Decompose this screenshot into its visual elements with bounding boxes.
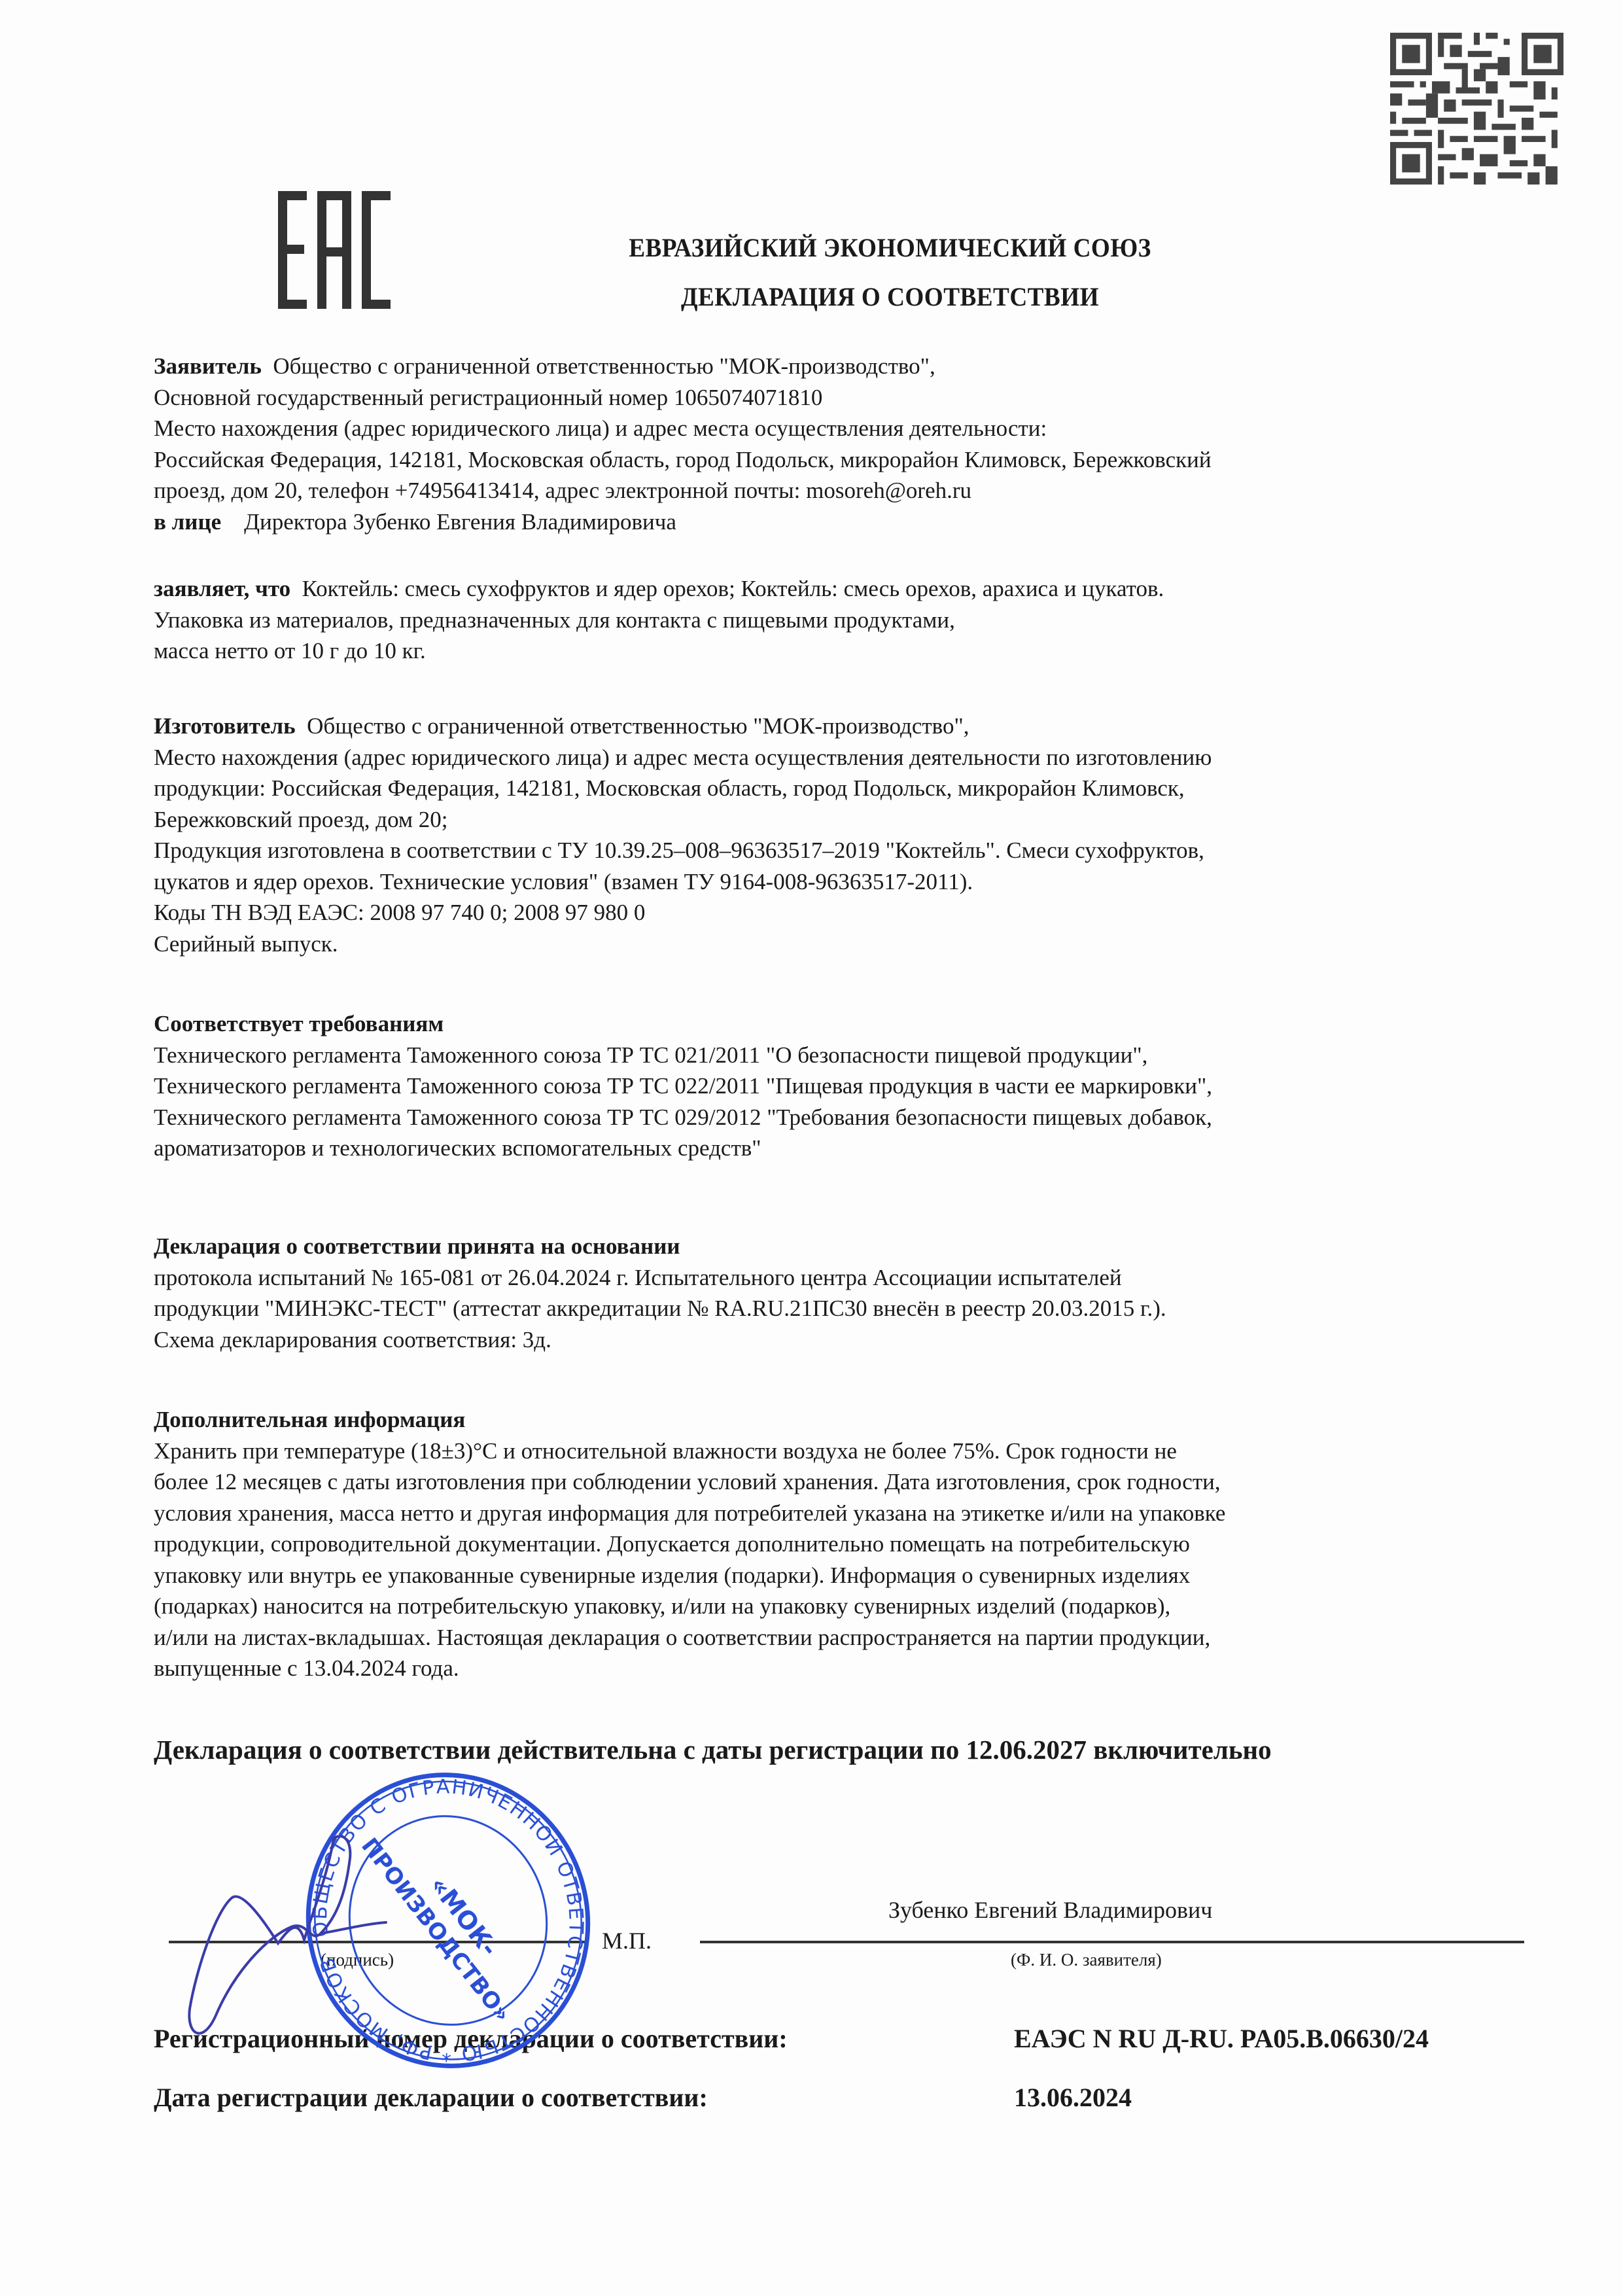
additional-label: Дополнительная информация (154, 1404, 1586, 1436)
regulation-line: Технического регламента Таможенного союз… (154, 1102, 1586, 1133)
additional-section: Дополнительная информация Хранить при те… (154, 1404, 1586, 1684)
applicant-address-1: Российская Федерация, 142181, Московская… (154, 444, 1586, 476)
representative-label: в лице (154, 509, 221, 535)
handwritten-signature (170, 1819, 445, 2055)
basis-section: Декларация о соответствии принята на осн… (154, 1231, 1586, 1355)
additional-line: условия хранения, масса нетто и другая и… (154, 1498, 1586, 1529)
validity-statement: Декларация о соответствии действительна … (154, 1734, 1272, 1765)
scheme-line: Схема декларирования соответствия: 3д. (154, 1324, 1586, 1356)
name-caption: (Ф. И. О. заявителя) (1011, 1950, 1162, 1970)
manufacturer-line: цукатов и ядер орехов. Технические услов… (154, 866, 1586, 898)
additional-line: (подарках) наносится на потребительскую … (154, 1591, 1586, 1622)
applicant-address-label: Место нахождения (адрес юридического лиц… (154, 413, 1586, 444)
packaging-line: Упаковка из материалов, предназначенных … (154, 605, 1586, 636)
applicant-label: Заявитель (154, 353, 262, 379)
manufacturer-line: Место нахождения (адрес юридического лиц… (154, 742, 1586, 773)
additional-line: Хранить при температуре (18±3)°C и относ… (154, 1436, 1586, 1467)
name-line (700, 1941, 1524, 1943)
applicant-ogrn: Основной государственный регистрационный… (154, 382, 1586, 414)
additional-line: более 12 месяцев с даты изготовления при… (154, 1466, 1586, 1498)
representative-value: Директора Зубенко Евгения Владимировича (244, 509, 676, 535)
manufacturer-line: Бережковский проезд, дом 20; (154, 804, 1586, 836)
additional-line: выпущенные с 13.04.2024 года. (154, 1653, 1586, 1684)
serial-production-line: Серийный выпуск. (154, 928, 1586, 960)
union-title: ЕВРАЗИЙСКИЙ ЭКОНОМИЧЕСКИЙ СОЮЗ (135, 232, 1623, 263)
conforms-label: Соответствует требованиям (154, 1008, 1586, 1040)
basis-line: протокола испытаний № 165-081 от 26.04.2… (154, 1262, 1586, 1294)
document-title: ДЕКЛАРАЦИЯ О СООТВЕТСТВИИ (135, 281, 1623, 312)
reg-number-value: ЕАЭС N RU Д-RU. PA05.B.06630/24 (1014, 2023, 1429, 2054)
signer-name: Зубенко Евгений Владимирович (888, 1896, 1212, 1924)
applicant-address-2: проезд, дом 20, телефон +74956413414, ад… (154, 475, 1586, 506)
manufacturer-name: Общество с ограниченной ответственностью… (307, 713, 969, 739)
reg-date-value: 13.06.2024 (1014, 2082, 1132, 2113)
declares-section: заявляет, что Коктейль: смесь сухофрукто… (154, 573, 1586, 667)
additional-line: и/или на листах-вкладышах. Настоящая дек… (154, 1622, 1586, 1653)
manufacturer-line: Продукция изготовлена в соответствии с Т… (154, 835, 1586, 866)
manufacturer-line: продукции: Российская Федерация, 142181,… (154, 773, 1586, 804)
manufacturer-section: Изготовитель Общество с ограниченной отв… (154, 711, 1586, 959)
regulation-line: Технического регламента Таможенного союз… (154, 1040, 1586, 1071)
regulation-line: Технического регламента Таможенного союз… (154, 1070, 1586, 1102)
product-line: Коктейль: смесь сухофруктов и ядер орехо… (302, 576, 1164, 601)
reg-date-label: Дата регистрации декларации о соответств… (154, 2082, 708, 2113)
hs-codes-line: Коды ТН ВЭД ЕАЭС: 2008 97 740 0; 2008 97… (154, 897, 1586, 928)
regulation-line: ароматизаторов и технологических вспомог… (154, 1133, 1586, 1164)
basis-line: продукции "МИНЭКС-ТЕСТ" (аттестат аккред… (154, 1293, 1586, 1324)
seal-mark: М.П. (602, 1927, 652, 1954)
additional-line: продукции, сопроводительной документации… (154, 1528, 1586, 1560)
declares-label: заявляет, что (154, 576, 290, 601)
conforms-section: Соответствует требованиям Технического р… (154, 1008, 1586, 1164)
applicant-name: Общество с ограниченной ответственностью… (273, 353, 935, 379)
basis-label: Декларация о соответствии принята на осн… (154, 1231, 1586, 1262)
applicant-section: Заявитель Общество с ограниченной ответс… (154, 351, 1586, 537)
net-mass-line: масса нетто от 10 г до 10 кг. (154, 635, 1586, 667)
qr-code-icon (1390, 33, 1563, 185)
additional-line: упаковку или внутрь ее упакованные сувен… (154, 1560, 1586, 1591)
manufacturer-label: Изготовитель (154, 713, 296, 739)
